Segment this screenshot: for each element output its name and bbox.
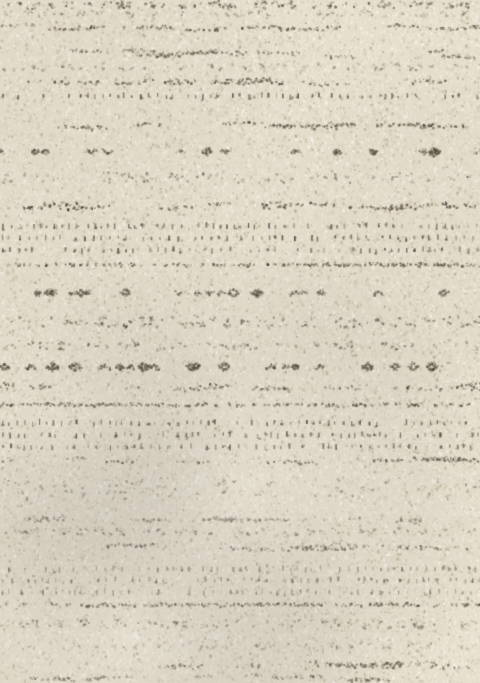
rug-texture-canvas [0, 0, 480, 683]
rug-photo [0, 0, 480, 683]
